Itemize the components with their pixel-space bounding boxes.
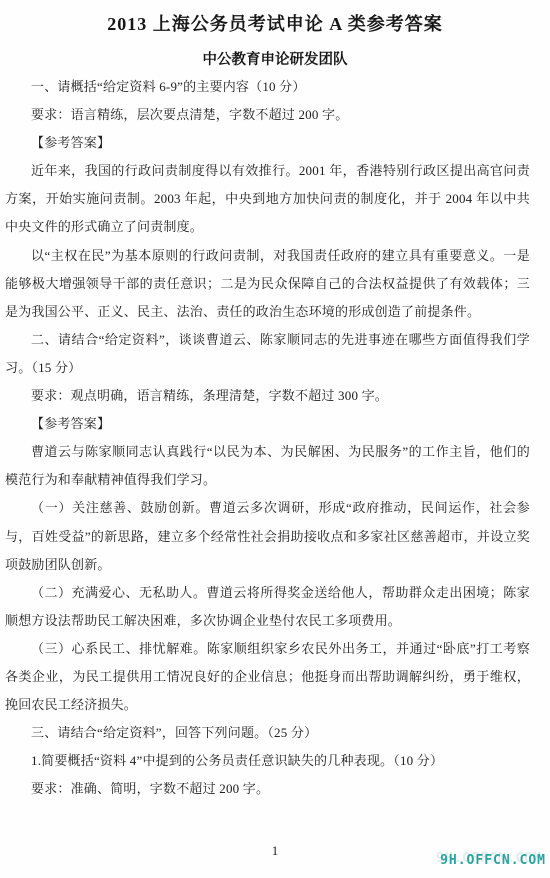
paragraph: 要求：语言精练，层次要点清楚，字数不超过 200 字。 [5,101,530,129]
paragraph: （三）心系民工、排忧解难。陈家顺组织家乡农民外出务工，并通过“卧底”打工考察各类… [5,635,530,719]
document-body: 一、请概括“给定资料 6-9”的主要内容（10 分）要求：语言精练，层次要点清楚… [5,73,530,803]
paragraph: （一）关注慈善、鼓励创新。曹道云多次调研，形成“政府推动，民间运作，社会参与，百… [5,494,530,578]
paragraph: 【参考答案】 [5,129,530,157]
paragraph: 以“主权在民”为基本原则的行政问责制，对我国责任政府的建立具有重要意义。一是能够… [5,242,530,326]
paragraph: 三、请结合“给定资料”，回答下列问题。（25 分） [5,719,530,747]
scanned-document-page: 2013 上海公务员考试申论 A 类参考答案 中公教育申论研发团队 一、请概括“… [0,0,550,878]
document-title: 2013 上海公务员考试申论 A 类参考答案 [0,10,550,36]
document-subtitle: 中公教育申论研发团队 [0,48,550,69]
paragraph: 1.简要概括“资料 4”中提到的公务员责任意识缺失的几种表现。（10 分） [5,747,530,775]
paragraph: 要求：准确、简明，字数不超过 200 字。 [5,775,530,803]
paragraph: 【参考答案】 [5,410,530,438]
paragraph: 近年来，我国的行政问责制度得以有效推行。2001 年，香港特别行政区提出高官问责… [5,157,530,241]
paragraph: （二）充满爱心、无私助人。曹道云将所得奖金送给他人，帮助群众走出困境；陈家顺想方… [5,579,530,635]
paragraph: 二、请结合“给定资料”，谈谈曹道云、陈家顺同志的先进事迹在哪些方面值得我们学习。… [5,326,530,382]
paragraph: 一、请概括“给定资料 6-9”的主要内容（10 分） [5,73,530,101]
paragraph: 要求：观点明确，语言精练，条理清楚，字数不超过 300 字。 [5,382,530,410]
watermark-site-url: 9H.OFFCN.COM [440,853,546,868]
paragraph: 曹道云与陈家顺同志认真践行“以民为本、为民解困、为民服务”的工作主旨，他们的模范… [5,438,530,494]
